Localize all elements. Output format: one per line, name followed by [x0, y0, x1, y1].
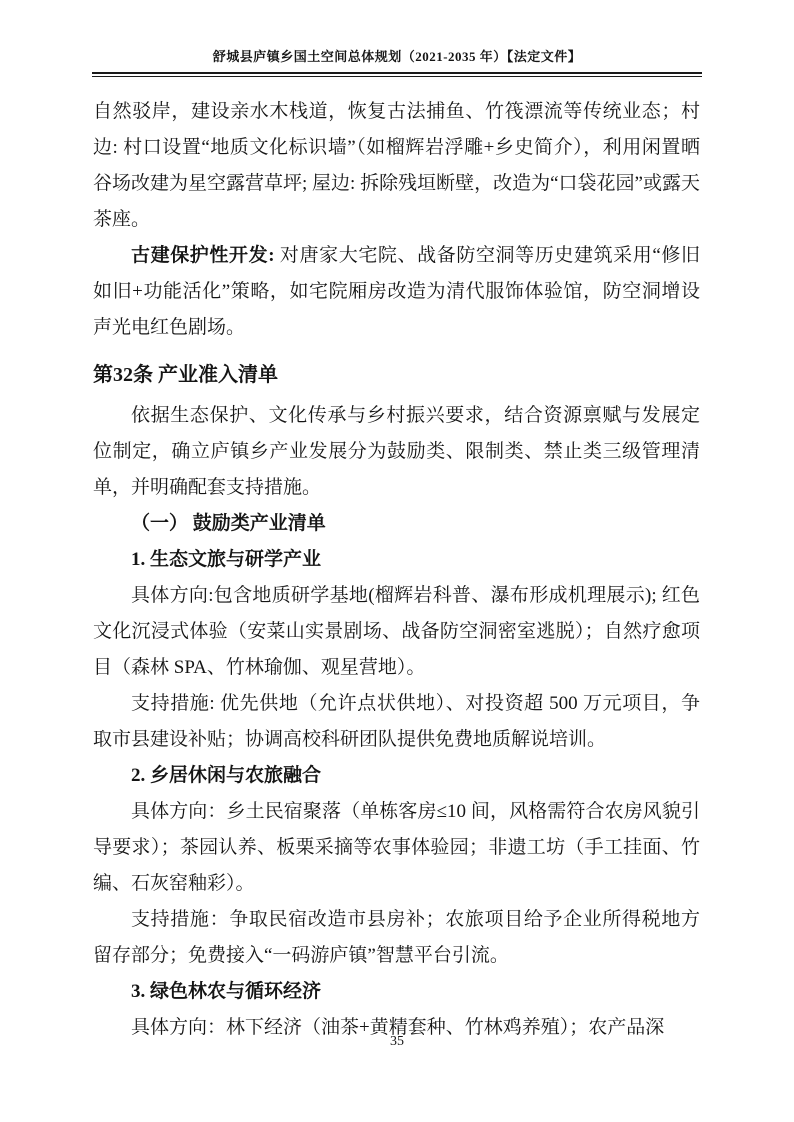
paragraph-riverside-continuation: 自然驳岸，建设亲水木栈道，恢复古法捕鱼、竹筏漂流等传统业态；村边: 村口设置“地…	[93, 94, 700, 238]
paragraph-heritage-development: 古建保护性开发: 对唐家大宅院、战备防空洞等历史建筑采用“修旧如旧+功能活化”策…	[93, 238, 700, 346]
page-number: 35	[390, 1034, 404, 1049]
paragraph-industry-1-support: 支持措施: 优先供地（允许点状供地）、对投资超 500 万元项目，争取市县建设补…	[93, 686, 700, 758]
encouraged-industry-list-heading: （一） 鼓励类产业清单	[93, 506, 700, 542]
industry-2-heading: 2. 乡居休闲与农旅融合	[93, 758, 700, 794]
header-rule-thin	[92, 76, 702, 77]
page-footer: 35	[0, 1034, 794, 1050]
page-header: 舒城县庐镇乡国土空间总体规划（2021-2035 年）【法定文件】	[92, 46, 702, 77]
header-rule-thick	[92, 72, 702, 74]
article-32-heading: 第32条 产业准入清单	[93, 357, 700, 393]
industry-3-heading: 3. 绿色林农与循环经济	[93, 974, 700, 1010]
industry-1-heading: 1. 生态文旅与研学产业	[93, 542, 700, 578]
paragraph-heritage-lead: 古建保护性开发:	[131, 245, 275, 266]
document-body: 自然驳岸，建设亲水木栈道，恢复古法捕鱼、竹筏漂流等传统业态；村边: 村口设置“地…	[93, 94, 700, 1046]
paragraph-industry-2-support: 支持措施：争取民宿改造市县房补；农旅项目给予企业所得税地方留存部分；免费接入“一…	[93, 902, 700, 974]
paragraph-industry-2-direction: 具体方向：乡土民宿聚落（单栋客房≤10 间，风格需符合农房风貌引导要求）；茶园认…	[93, 794, 700, 902]
paragraph-article-intro: 依据生态保护、文化传承与乡村振兴要求，结合资源禀赋与发展定位制定，确立庐镇乡产业…	[93, 398, 700, 506]
document-page: 舒城县庐镇乡国土空间总体规划（2021-2035 年）【法定文件】 自然驳岸，建…	[0, 0, 794, 1122]
page-header-title: 舒城县庐镇乡国土空间总体规划（2021-2035 年）【法定文件】	[92, 46, 702, 72]
paragraph-industry-1-direction: 具体方向:包含地质研学基地(榴辉岩科普、瀑布形成机理展示); 红色文化沉浸式体验…	[93, 578, 700, 686]
